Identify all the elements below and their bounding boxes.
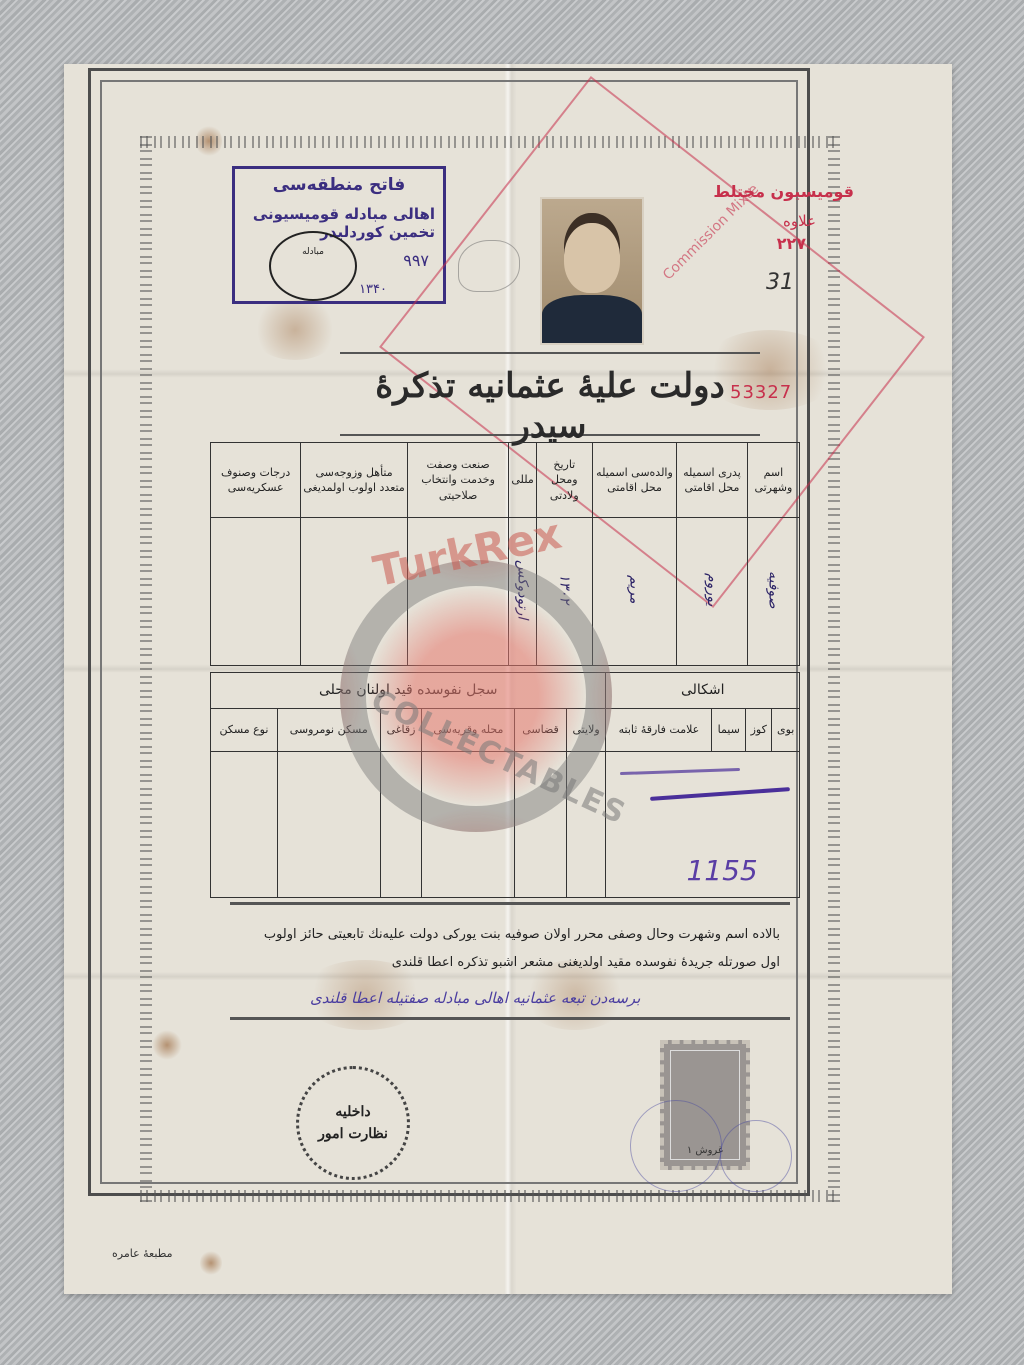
ministry-seal-line-2: نظارت امور — [299, 1123, 407, 1145]
col-military: درجات وصنوف عسکریه‌سی — [211, 443, 301, 518]
rust-stain — [200, 1250, 222, 1276]
declaration-line-1: بالاده اسم وشهرت وحال وصفی محرر اولان صو… — [264, 927, 780, 942]
declaration-handwritten: برسه‌دن تبعه عثمانیه ‌اهالی مبادله صفتیل… — [310, 989, 640, 1007]
features-group-header: اشکالی — [606, 673, 800, 709]
exchange-commission-stamp: فاتح منطقه‌سی اهالی مبادله قومیسیونی تخم… — [232, 166, 446, 304]
value-mother: مریم — [627, 575, 643, 603]
value-military — [211, 518, 301, 666]
stamp-year: ۱۳۴۰ — [359, 282, 387, 297]
cancellation-mark — [720, 1120, 792, 1192]
col-name: اسم وشهرتی — [747, 443, 799, 518]
value-name: صوفیه — [765, 571, 781, 609]
col-face: سیما — [712, 708, 746, 751]
border-pattern-left — [140, 136, 152, 1202]
col-eyes: کوز — [746, 708, 772, 751]
cancellation-mark — [630, 1100, 722, 1192]
border-pattern-top — [140, 136, 840, 148]
ministry-seal-line-1: داخلیه — [299, 1101, 407, 1123]
col-house-type: نوع مسکن — [211, 708, 278, 751]
stamp-number: ۹۹۷ — [403, 251, 429, 270]
handwritten-number: 1155 — [686, 854, 757, 887]
col-marks: علامت فارقهٔ ثابته — [606, 708, 712, 751]
printer-mark: مطبعهٔ عامره — [112, 1247, 173, 1260]
border-pattern-bottom — [140, 1190, 840, 1202]
col-birth: تاریخ ومحل ولادتی — [536, 443, 592, 518]
col-profession: صنعت وصفت وخدمت وانتخاب صلاحیتی — [407, 443, 509, 518]
ministry-seal: داخلیه نظارت امور — [296, 1066, 410, 1180]
col-mother: والده‌سی اسمیله محل اقامتی — [592, 443, 676, 518]
col-height: بوی — [772, 708, 800, 751]
title-cartouche: دولت علیهٔ عثمانیه تذکرهٔ سیدر — [340, 352, 760, 436]
red-stamp-latin: Commission Mixte — [660, 181, 762, 283]
col-marital: متأهل وزوجه‌سی متعدد اولوب اولمدیغی — [301, 443, 408, 518]
declaration-line-2: اول صورتله جریدهٔ نفوسده مقید اولدیغنی م… — [392, 955, 780, 970]
declaration-box: بالاده اسم وشهرت وحال وصفی محرر اولان صو… — [230, 902, 790, 1020]
stamp-line-1: فاتح منطقه‌سی — [235, 175, 443, 195]
red-stamp-number: ۲۲۷ — [777, 234, 806, 253]
document-title: دولت علیهٔ عثمانیه تذکرهٔ سیدر — [340, 366, 760, 446]
col-father: پدری اسمیله محل اقامتی — [677, 443, 748, 518]
red-stamp-line-2: علاوه — [783, 212, 816, 230]
pencil-note: 31 — [766, 270, 794, 295]
col-religion: مللی — [509, 443, 536, 518]
round-seal: مبادله — [269, 231, 357, 301]
value-father: یوروم — [704, 573, 720, 606]
